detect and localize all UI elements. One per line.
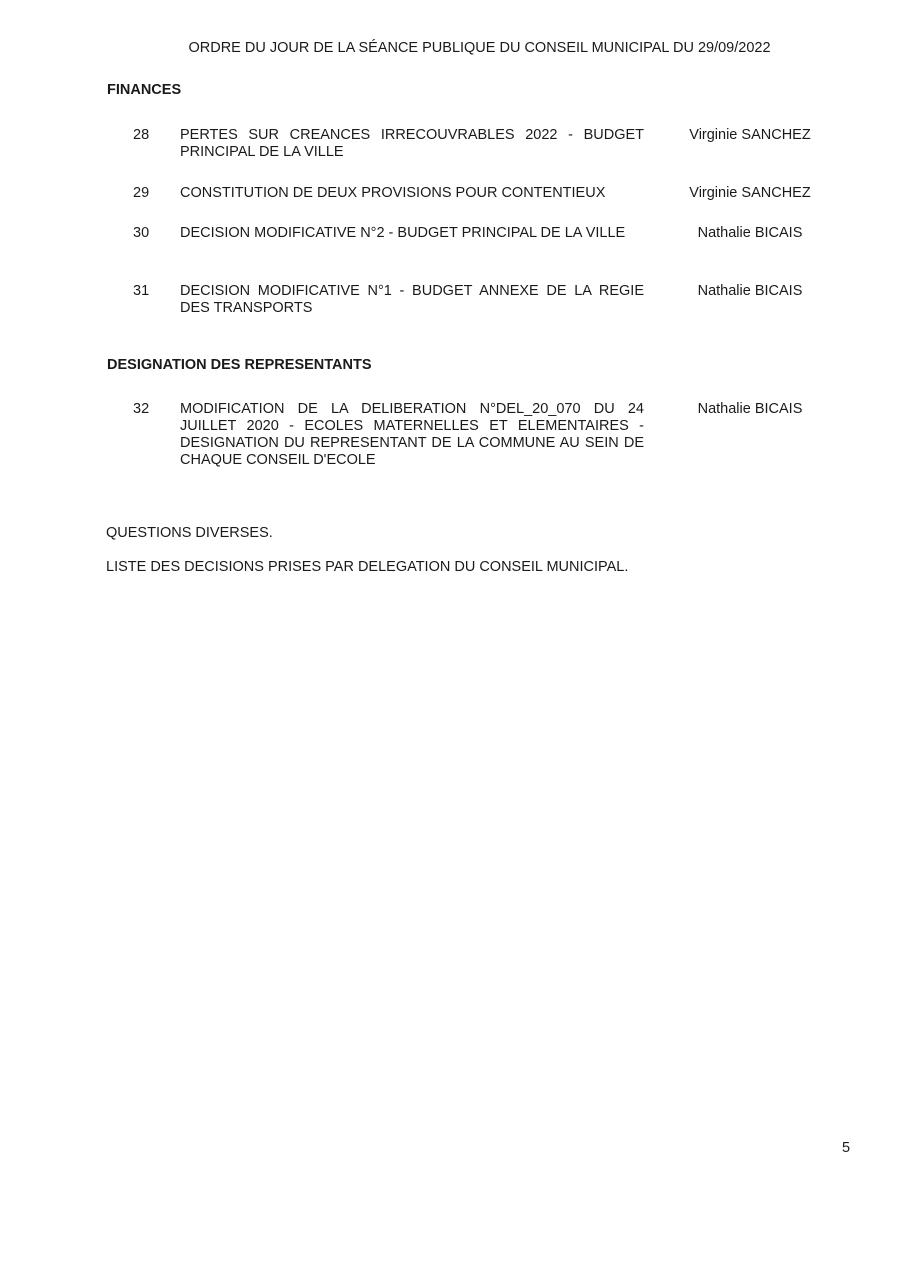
item-text: PERTES SUR CREANCES IRRECOUVRABLES 2022 … bbox=[180, 127, 644, 161]
page-number: 5 bbox=[842, 1140, 850, 1156]
item-text: CONSTITUTION DE DEUX PROVISIONS POUR CON… bbox=[180, 185, 644, 202]
item-presenter: Nathalie BICAIS bbox=[670, 225, 830, 242]
item-text: MODIFICATION DE LA DELIBERATION N°DEL_20… bbox=[180, 401, 644, 469]
item-presenter: Virginie SANCHEZ bbox=[670, 127, 830, 144]
document-header: ORDRE DU JOUR DE LA SÉANCE PUBLIQUE DU C… bbox=[0, 40, 911, 56]
item-presenter: Nathalie BICAIS bbox=[670, 401, 830, 418]
decisions-list-line: LISTE DES DECISIONS PRISES PAR DELEGATIO… bbox=[106, 559, 628, 575]
item-number: 30 bbox=[133, 225, 149, 242]
questions-diverses: QUESTIONS DIVERSES. bbox=[106, 525, 273, 541]
item-number: 32 bbox=[133, 401, 149, 418]
section-title-finances: FINANCES bbox=[107, 82, 181, 98]
item-text: DECISION MODIFICATIVE N°1 - BUDGET ANNEX… bbox=[180, 283, 644, 317]
item-presenter: Nathalie BICAIS bbox=[670, 283, 830, 300]
section-title-designation: DESIGNATION DES REPRESENTANTS bbox=[107, 357, 372, 373]
item-presenter: Virginie SANCHEZ bbox=[670, 185, 830, 202]
item-number: 29 bbox=[133, 185, 149, 202]
item-number: 31 bbox=[133, 283, 149, 300]
item-text: DECISION MODIFICATIVE N°2 - BUDGET PRINC… bbox=[180, 225, 644, 242]
item-number: 28 bbox=[133, 127, 149, 144]
